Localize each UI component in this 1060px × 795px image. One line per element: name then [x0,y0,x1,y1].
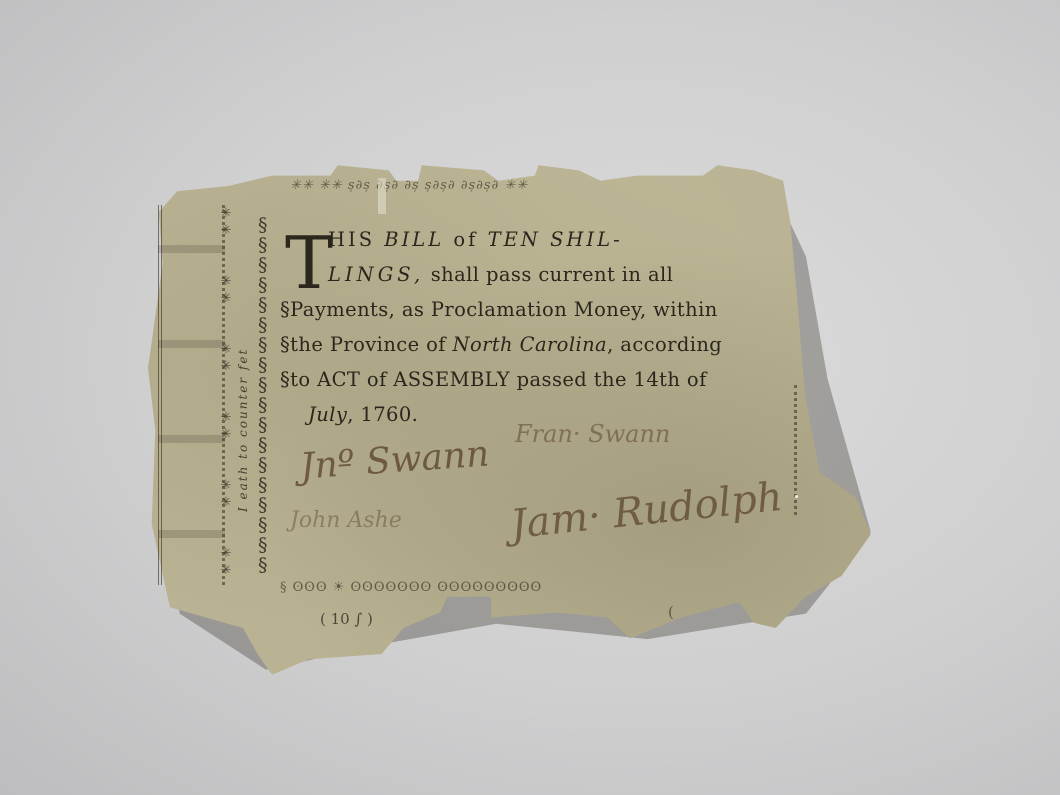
text-line-2: LINGS, shall pass current in all [328,257,673,292]
signature-2: Fran· Swann [515,420,670,448]
tear-gap [378,178,386,214]
line1-bill: BILL [384,228,444,251]
signature-3: John Ashe [290,508,402,533]
line6-year: , 1760. [347,403,418,426]
line2-italic: LINGS, [328,263,424,286]
text-line-5: §to ACT of ASSEMBLY passed the 14th of [280,362,707,397]
line6-month: July [308,403,347,426]
counterfeit-warning-text: I eath to counter fet [236,348,250,512]
text-line-6: July, 1760. [308,397,418,432]
text-line-4: §the Province of North Carolina, accordi… [280,327,722,362]
denomination-label-right: ( [668,603,674,621]
line1-mid: of [444,228,487,251]
text-line-1: HIS BILL of TEN SHIL- [328,222,623,257]
dropcap-letter: T [285,227,333,299]
line1-prefix: HIS [328,228,384,251]
section-mark-border: § § § § § § § § § § § § § § § § § § [258,215,274,575]
line1-amount: TEN SHIL- [488,228,623,251]
line2-rest: shall pass current in all [424,263,673,286]
line4-pre: §the Province of [280,333,453,356]
top-ornamental-border: ✳✳ ✳✳ ș∂ș ∂ș∂ ∂ș ș∂ș∂ ∂ș∂ș∂ ✳✳ [290,178,790,208]
line4-province: North Carolina [453,333,608,356]
bottom-ornamental-border: § ʘʘʘ ☀ ʘʘʘʘʘʘʘ ʘʘʘʘʘʘʘʘʘ [280,580,800,600]
pin-hole [795,495,798,498]
star-ornament-column: ✳ ✳ ✳ ✳ ✳ ✳ ✳ ✳ ✳ ✳ ✳ ✳ [218,205,234,579]
text-line-3: §Payments, as Proclamation Money, within [280,292,718,327]
left-ornamental-border [158,205,225,585]
line4-post: , according [607,333,722,356]
denomination-label: ( 10 ∫ ) [320,610,373,628]
